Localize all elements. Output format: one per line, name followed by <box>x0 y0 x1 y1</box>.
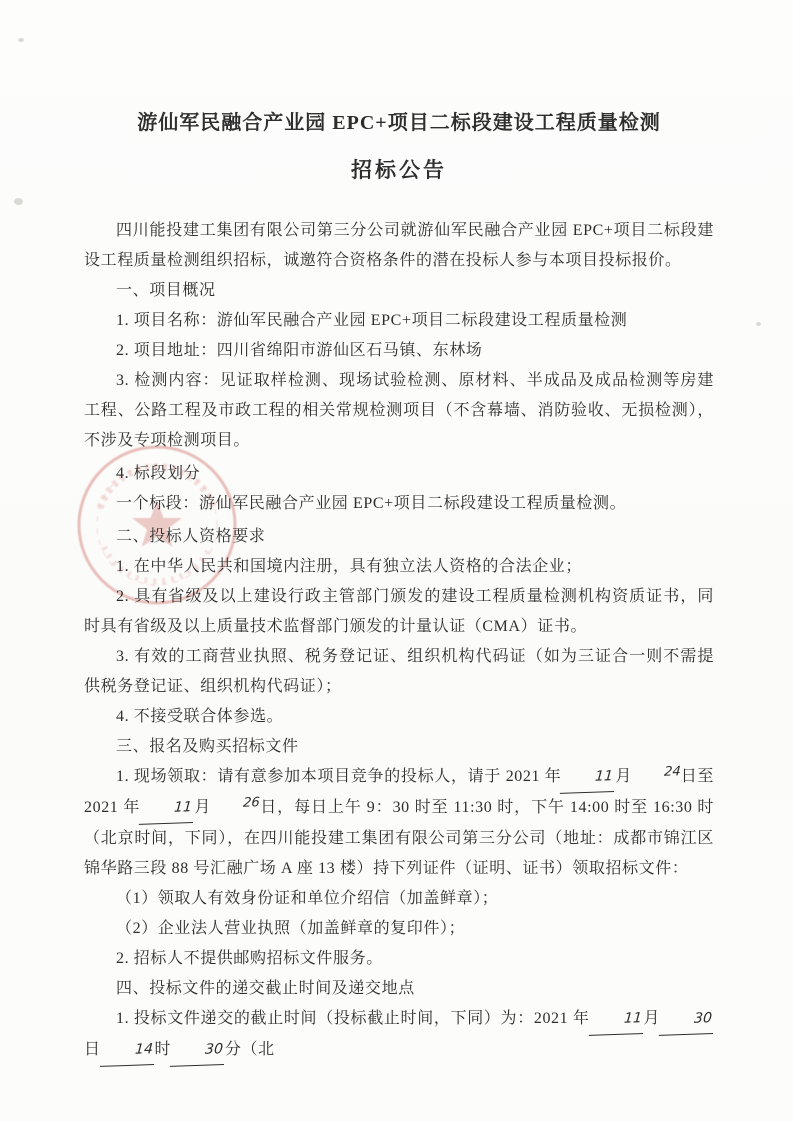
section-3-item-no-mail-order: 2. 招标人不提供邮购招标文件服务。 <box>84 944 714 974</box>
handwritten-deadline-minute: 30 <box>170 1034 226 1067</box>
scan-speck <box>14 198 23 205</box>
deadline-text-suffix: 分（北 <box>225 1041 275 1058</box>
handwritten-day-end: 26 <box>210 788 261 820</box>
section-3-subitem-business-license: （2）企业法人营业执照（加盖鲜章的复印件）； <box>84 914 714 944</box>
section-1-item-single-lot: 一个标段：游仙军民融合产业园 EPC+项目二标段建设工程质量检测。 <box>84 489 714 519</box>
month-char-3: 月 <box>643 1010 660 1027</box>
section-1-item-lot-division: 4. 标段划分 <box>84 459 714 489</box>
section-2-item-4: 4. 不接受联合体参选。 <box>84 702 714 732</box>
scan-speck <box>756 322 761 326</box>
section-1-item-inspection-scope: 3. 检测内容：见证取样检测、现场试验检测、原材料、半成品及成品检测等房建工程、… <box>84 366 714 456</box>
handwritten-deadline-day: 30 <box>659 1003 715 1036</box>
section-3-item-onsite-collection: 1. 现场领取：请有意参加本项目竞争的投标人，请于 2021 年11月24日至 … <box>84 762 714 884</box>
handwritten-deadline-month: 11 <box>588 1003 644 1036</box>
handwritten-day-start: 24 <box>631 757 682 789</box>
deadline-text-prefix: 1. 投标文件递交的截止时间（投标截止时间，下同）为：2021 年 <box>116 1010 590 1027</box>
section-1-item-project-name: 1. 项目名称：游仙军民融合产业园 EPC+项目二标段建设工程质量检测 <box>84 306 714 336</box>
section-3-subitem-id-letter: （1）领取人有效身份证和单位介绍信（加盖鲜章）； <box>84 884 714 914</box>
scanned-document-page: 游仙军民融合产业园 EPC+项目二标段建设工程质量检测 招标公告 四川能投建工集… <box>0 0 793 1121</box>
collection-text-prefix: 1. 现场领取：请有意参加本项目竞争的投标人，请于 2021 年 <box>116 768 561 785</box>
document-body: 四川能投建工集团有限公司第三分公司就游仙军民融合产业园 EPC+项目二标段建设工… <box>84 216 714 1066</box>
hour-char: 时 <box>154 1041 171 1058</box>
handwritten-month-end: 11 <box>139 792 195 825</box>
intro-paragraph: 四川能投建工集团有限公司第三分公司就游仙军民融合产业园 EPC+项目二标段建设工… <box>84 216 714 276</box>
section-3-heading: 三、报名及购买招标文件 <box>84 732 714 762</box>
section-4-heading: 四、投标文件的递交截止时间及递交地点 <box>84 974 714 1004</box>
month-char: 月 <box>615 768 632 785</box>
month-char-2: 月 <box>194 799 211 816</box>
document-content: 游仙军民融合产业园 EPC+项目二标段建设工程质量检测 招标公告 四川能投建工集… <box>84 100 714 1066</box>
section-2-item-1: 1. 在中华人民共和国境内注册，具有独立法人资格的合法企业； <box>84 552 714 582</box>
section-2-item-3: 3. 有效的工商营业执照、税务登记证、组织机构代码证（如为三证合一则不需提供税务… <box>84 642 714 702</box>
handwritten-deadline-hour: 14 <box>99 1034 155 1067</box>
section-2-heading: 二、投标人资格要求 <box>84 522 714 552</box>
section-1-heading: 一、项目概况 <box>84 276 714 306</box>
document-subtitle: 招标公告 <box>84 147 714 194</box>
scan-speck <box>18 38 24 42</box>
day-char: 日 <box>84 1041 101 1058</box>
handwritten-month-start: 11 <box>560 761 616 794</box>
section-1-item-project-address: 2. 项目地址：四川省绵阳市游仙区石马镇、东林场 <box>84 336 714 366</box>
document-title: 游仙军民融合产业园 EPC+项目二标段建设工程质量检测 <box>84 100 714 147</box>
section-4-item-deadline: 1. 投标文件递交的截止时间（投标截止时间，下同）为：2021 年11月30日1… <box>84 1004 714 1066</box>
section-2-item-2: 2. 具有省级及以上建设行政主管部门颁发的建设工程质量检测机构资质证书，同时具有… <box>84 582 714 642</box>
